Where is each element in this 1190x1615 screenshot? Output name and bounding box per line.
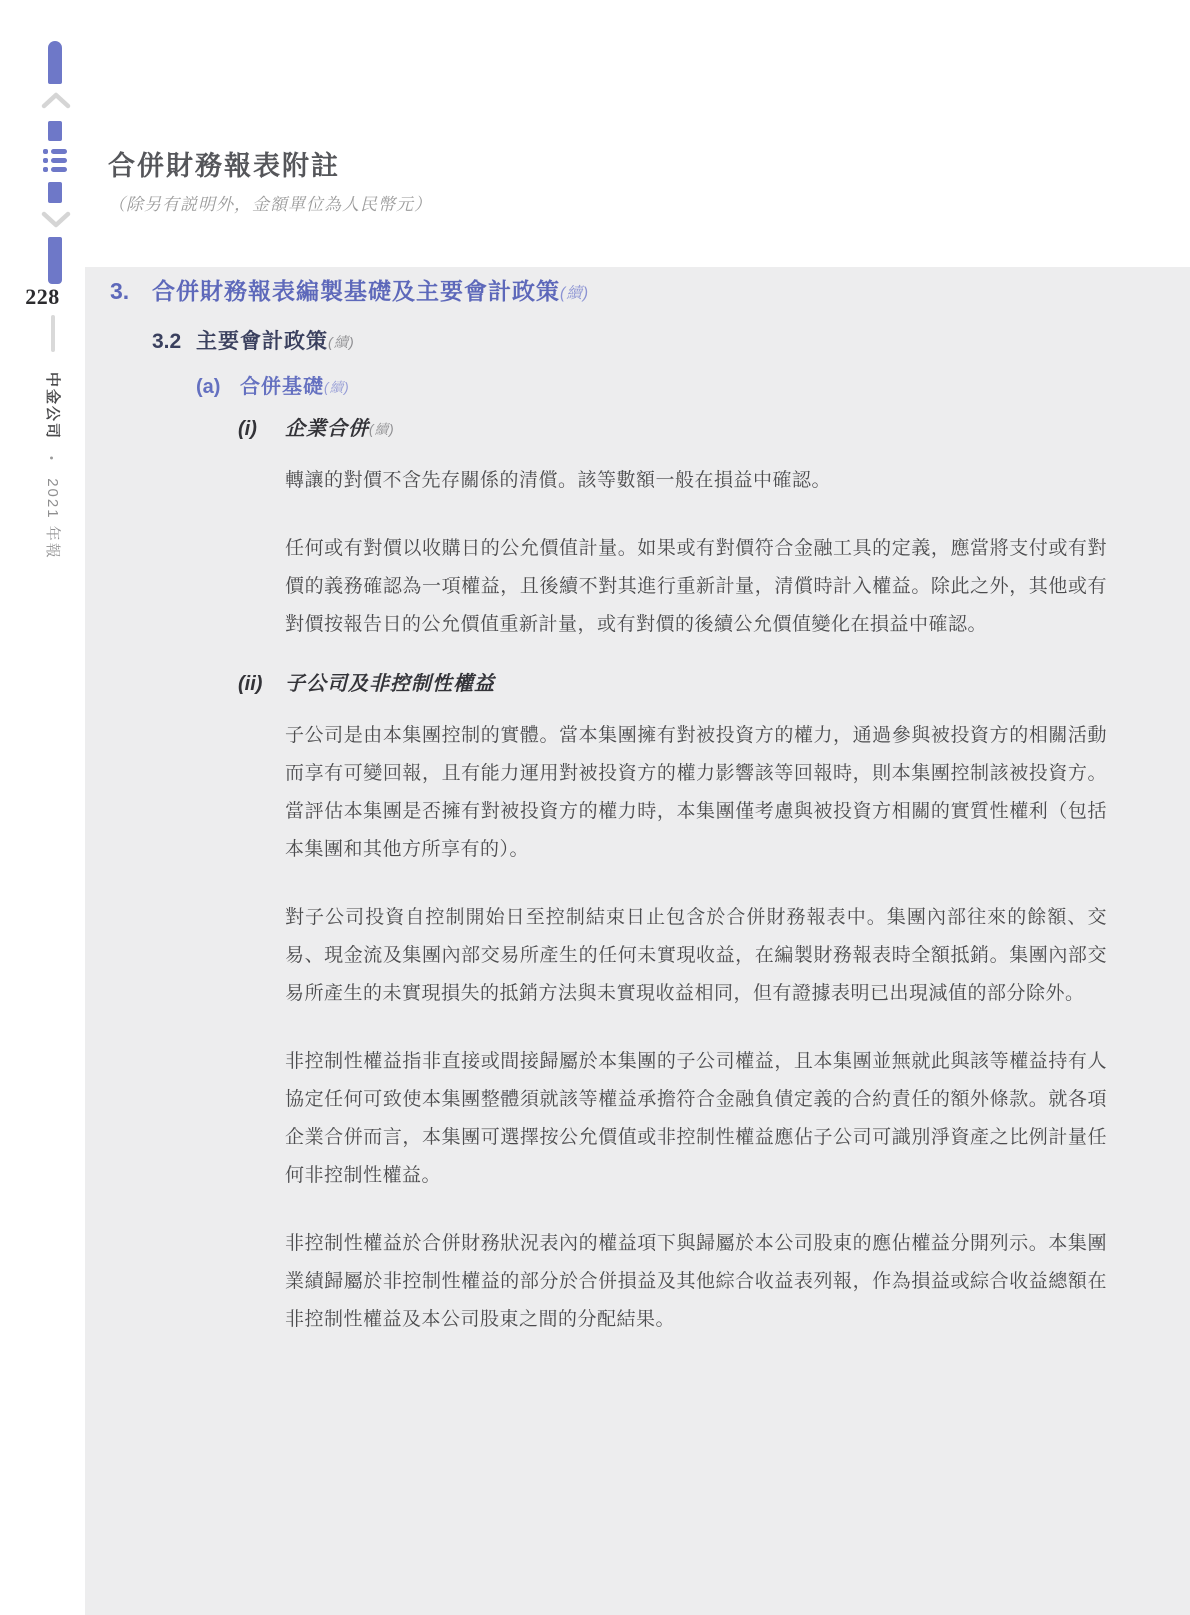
subsection-title: 主要會計政策 xyxy=(196,330,328,353)
rail-square-bottom xyxy=(48,182,62,203)
sub-item-heading: (i)企業合併(續) xyxy=(238,415,1105,445)
section-title: 合併財務報表編製基礎及主要會計政策 xyxy=(152,278,560,304)
section-number: 3. xyxy=(110,275,152,308)
paragraph: 子公司是由本集團控制的實體。當本集團擁有對被投資方的權力，通過參與被投資方的相關… xyxy=(285,717,1107,869)
notes-content-box: 3.合併財務報表編製基礎及主要會計政策(續) 3.2主要會計政策(續) (a)合… xyxy=(85,267,1190,1615)
spine-company: 中金公司 xyxy=(44,372,61,440)
sub-item-label: (ii) xyxy=(238,670,285,698)
sub-item-label: (i) xyxy=(238,415,285,443)
spine-edition: 2021 年報 xyxy=(44,478,61,560)
page-subtitle: （除另有説明外，金額單位為人民幣元） xyxy=(108,190,432,215)
spine-bullet: • xyxy=(45,456,57,462)
item-label: (a) xyxy=(196,373,240,401)
chevron-up-icon xyxy=(41,90,71,110)
item-heading: (a)合併基礎(續) xyxy=(196,373,1105,403)
sub-item-title: 子公司及非控制性權益 xyxy=(285,673,495,695)
subsection-heading: 3.2主要會計政策(續) xyxy=(152,328,1105,358)
paragraph: 非控制性權益指非直接或間接歸屬於本集團的子公司權益，且本集團並無就此與該等權益持… xyxy=(285,1043,1107,1195)
paragraph: 非控制性權益於合併財務狀況表內的權益項下與歸屬於本公司股東的應佔權益分開列示。本… xyxy=(285,1225,1107,1339)
paragraph: 任何或有對價以收購日的公允價值計量。如果或有對價符合金融工具的定義，應當將支付或… xyxy=(285,530,1107,644)
item-continued-mark: (續) xyxy=(324,380,350,395)
sub-item-continued-mark: (續) xyxy=(369,422,395,437)
page-header: 合併財務報表附註 （除另有説明外，金額單位為人民幣元） xyxy=(108,144,432,215)
page-number: 228 xyxy=(0,284,85,310)
sub-item-business-combination: (i)企業合併(續) 轉讓的對價不含先存關係的清償。該等數額一般在損益中確認。 … xyxy=(110,415,1105,644)
paragraph: 對子公司投資自控制開始日至控制結束日止包含於合併財務報表中。集團內部往來的餘額、… xyxy=(285,899,1107,1013)
rail-scroll-bar-bottom xyxy=(48,237,62,284)
left-rail: 228 中金公司 • 2021 年報 xyxy=(0,0,85,1615)
item-title: 合併基礎 xyxy=(240,376,324,398)
section-heading: 3.合併財務報表編製基礎及主要會計政策(續) xyxy=(110,275,1105,311)
sub-item-title: 企業合併 xyxy=(285,418,369,440)
section-continued-mark: (續) xyxy=(560,285,589,302)
sub-item-heading: (ii)子公司及非控制性權益 xyxy=(238,670,1105,700)
list-icon xyxy=(43,149,67,176)
subsection-number: 3.2 xyxy=(152,328,196,356)
paragraph: 轉讓的對價不含先存關係的清償。該等數額一般在損益中確認。 xyxy=(285,462,1107,500)
page-number-rule xyxy=(51,315,55,352)
rail-scroll-bar-top xyxy=(48,41,62,84)
subsection-continued-mark: (續) xyxy=(328,335,355,351)
sub-item-subsidiaries-nci: (ii)子公司及非控制性權益 子公司是由本集團控制的實體。當本集團擁有對被投資方… xyxy=(110,670,1105,1339)
page-title: 合併財務報表附註 xyxy=(108,144,432,183)
spine-text: 中金公司 • 2021 年報 xyxy=(43,372,64,632)
rail-square-top xyxy=(48,121,62,141)
chevron-down-icon xyxy=(41,210,71,230)
